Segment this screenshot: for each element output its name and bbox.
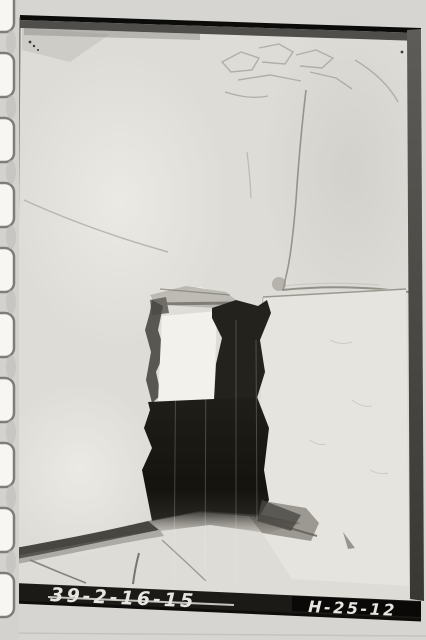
sprocket-hole [0, 313, 14, 357]
archival-photo-scan: 39-2-16-15 H-25-12 [0, 0, 426, 640]
sprocket-hole [0, 0, 14, 32]
sprocket-hole [0, 53, 14, 97]
sprocket-hole [0, 118, 14, 162]
negative-number-right: H-25-12 [308, 597, 397, 620]
sprocket-hole [0, 573, 14, 617]
photo-frame [0, 10, 426, 602]
bright-stone-patch [158, 311, 217, 401]
film-strip-shading [6, 30, 16, 574]
sprocket-hole [0, 248, 14, 292]
sprocket-hole [0, 443, 14, 487]
photo-canvas: 39-2-16-15 H-25-12 [0, 0, 426, 640]
sprocket-hole [0, 183, 14, 227]
film-strip [0, 0, 19, 640]
sprocket-hole [0, 378, 14, 422]
right-stone-block [249, 288, 409, 586]
sprocket-hole [0, 508, 14, 552]
